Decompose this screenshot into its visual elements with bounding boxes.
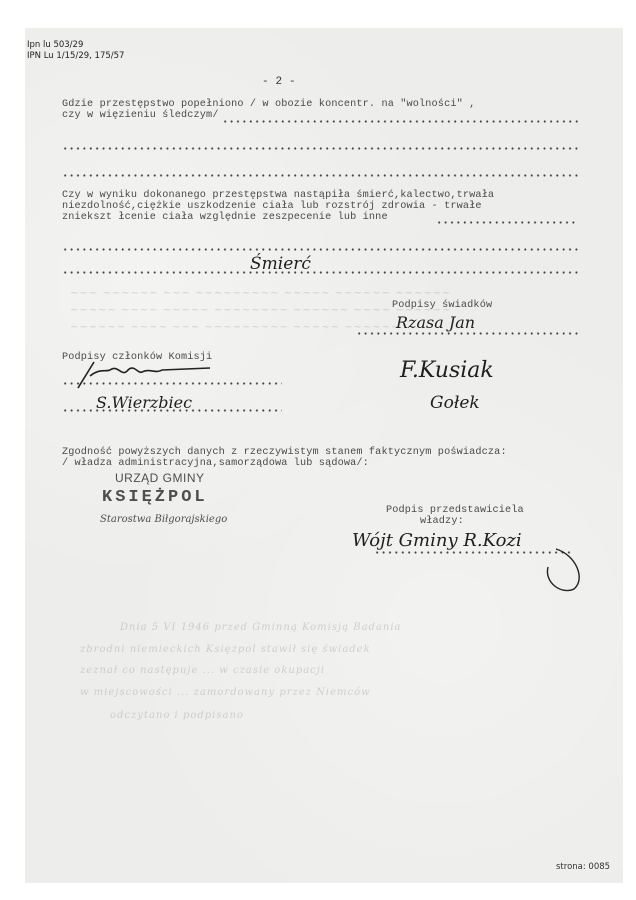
archive-reference-1: Ipn lu 503/29: [27, 40, 83, 51]
stamp-district: Starostwa Biłgorajskiego: [100, 514, 227, 525]
bleedthrough-line-5: odczytano i podpisano: [110, 710, 244, 721]
question-location-line-1: Gdzie przestępstwo popełniono / w obozie…: [62, 99, 475, 110]
bleedthrough-line-1: Dnia 5 VI 1946 przed Gminną Komisją Bada…: [120, 622, 402, 633]
representative-label-2: władzy:: [420, 516, 464, 527]
representative-label-1: Podpis przedstawiciela: [386, 505, 524, 516]
stamp-municipality: KSIĘŻPOL: [102, 488, 208, 507]
witness-signature-line: [356, 332, 578, 335]
witnesses-label: Podpisy świadków: [392, 300, 492, 311]
representative-signature: Wójt Gminy R.Kozi: [352, 530, 522, 551]
witness-signature-3: Gołek: [430, 393, 480, 413]
bleedthrough-line-2: zbrodni niemieckich Księżpol stawił się …: [80, 644, 371, 655]
bleedthrough-line-3: zeznał co następuje ... w czasie okupacj…: [80, 665, 325, 676]
answer-line: [62, 248, 578, 251]
question-consequence-line-1: Czy w wyniku dokonanego przestępstwa nas…: [62, 190, 494, 201]
confirmation-line-1: Zgodność powyższych danych z rzeczywisty…: [62, 447, 507, 458]
commission-signature-2: S.Wierzbiec: [96, 393, 192, 412]
signature-flourish: [540, 545, 590, 595]
question-consequence-line-3: zniekszt łcenie ciała względnie zeszpece…: [62, 212, 388, 223]
answer-line: [222, 120, 578, 123]
answer-line: [62, 174, 578, 177]
commission-signature-1: [70, 352, 230, 392]
bleedthrough-text: ~~~~~~ ~~~~ ~~~ ~~~~~~~~~ ~~~~~ ~~~~~~: [70, 322, 400, 333]
page-number-label: strona: 0085: [556, 862, 618, 888]
witness-signature-2: F.Kusiak: [400, 358, 494, 383]
answer-line: [62, 147, 578, 150]
answer-line: [62, 271, 578, 274]
witness-signature-1: Rzasa Jan: [396, 313, 475, 332]
question-location-line-2: czy w więzieniu śledczym/: [62, 110, 219, 121]
page-marker: - 2 -: [262, 77, 296, 88]
handwritten-answer-death: Śmierć: [250, 254, 311, 274]
bleedthrough-line-4: w miejscowości ... zamordowany przez Nie…: [80, 687, 371, 698]
bleedthrough-text: ~~~ ~~~~~~ ~~~ ~~~~~~~~~ ~~~~~ ~~~~~~ ~~…: [70, 288, 451, 299]
confirmation-line-2: / władza administracyjna,samorządowa lub…: [62, 458, 369, 469]
archive-reference-2: IPN Lu 1/15/29, 175/57: [27, 51, 124, 62]
stamp-office: URZĄD GMINY: [115, 471, 205, 485]
answer-line: [436, 221, 578, 224]
question-consequence-line-2: niezdolność,ciężkie uszkodzenie ciała lu…: [62, 201, 482, 212]
